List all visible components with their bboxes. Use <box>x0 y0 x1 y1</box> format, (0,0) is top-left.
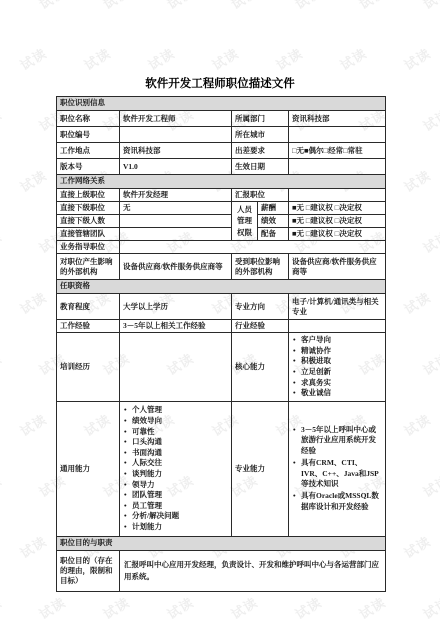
core-competency-cell: 客户导向精诚协作积极进取立足创新求真务实敬业诚信 <box>289 333 386 402</box>
section-row-purpose: 职位目的与职责 <box>57 537 386 551</box>
field-value <box>120 127 232 143</box>
core-competency-list: 客户导向精诚协作积极进取立足创新求真务实敬业诚信 <box>292 335 382 399</box>
bullet-item: 精诚协作 <box>292 346 382 357</box>
authority-sub-label: 配备 <box>258 228 289 241</box>
watermark-text: 试读 <box>0 0 5 13</box>
watermark-text: 试读 <box>99 0 133 13</box>
row-direct-superior: 直接上级职位 软件开发经理 汇报职位 <box>57 189 386 202</box>
bullet-item: 敬业诚信 <box>292 388 382 399</box>
watermark-text: 试读 <box>80 43 114 74</box>
watermark-text: 试读 <box>16 409 50 440</box>
bullet-item: 客户导向 <box>292 335 382 346</box>
watermark-text: 试读 <box>0 348 5 379</box>
watermark-text: 试读 <box>0 226 5 257</box>
field-value <box>120 241 386 254</box>
bullet-item: 求真务实 <box>292 378 382 389</box>
watermark-text: 试读 <box>0 104 5 135</box>
field-value: V1.0 <box>120 159 232 175</box>
watermark-text: 试读 <box>400 531 434 562</box>
field-value: 软件开发工程师 <box>120 111 232 127</box>
field-value: 资讯科技部 <box>120 143 232 159</box>
bullet-item: 员工管理 <box>123 501 228 512</box>
watermark-text: 试读 <box>208 43 242 74</box>
field-label: 工作地点 <box>57 143 120 159</box>
row-managed-team: 直接管辖团队 配备 ■无 □建议权 □决定权 <box>57 228 386 241</box>
bullet-item: 可靠性 <box>123 427 228 438</box>
row-business-guidance: 业务指导职位 <box>57 241 386 254</box>
section-row-network: 工作网络关系 <box>57 175 386 189</box>
document-title: 软件开发工程师职位描述文件 <box>0 75 440 91</box>
watermark-text: 试读 <box>16 531 50 562</box>
field-label: 工作经验 <box>57 320 120 333</box>
field-label: 直接下级职位 <box>57 202 120 215</box>
bullet-item: 人际交往 <box>123 458 228 469</box>
watermark-text: 试读 <box>99 592 133 620</box>
watermark-text: 试读 <box>291 0 325 13</box>
row-position-number: 职位编号 所在城市 <box>57 127 386 143</box>
field-value <box>289 127 386 143</box>
authority-sub-label: 绩效 <box>258 215 289 228</box>
field-value: 3－5年以上相关工作经验 <box>120 320 232 333</box>
bullet-item: 具有CRM、CTI、IVR、C++、Java和JSP等技术知识 <box>292 458 382 489</box>
bullet-item: 口头沟通 <box>123 437 228 448</box>
bullet-item: 绩效导向 <box>123 416 228 427</box>
bullet-item: 个人管理 <box>123 405 228 416</box>
watermark-text: 试读 <box>355 0 389 13</box>
personnel-authority-label: 人员管理权限 <box>232 202 258 241</box>
watermark-text: 试读 <box>419 226 440 257</box>
field-value <box>289 320 386 333</box>
row-training-core: 培训经历 核心能力 客户导向精诚协作积极进取立足创新求真务实敬业诚信 <box>57 333 386 402</box>
watermark-text: 试读 <box>336 43 370 74</box>
row-work-experience: 工作经验 3－5年以上相关工作经验 行业经验 <box>57 320 386 333</box>
watermark-text: 试读 <box>355 592 389 620</box>
field-label: 版本号 <box>57 159 120 175</box>
field-label: 核心能力 <box>232 333 289 402</box>
field-label: 专业能力 <box>232 402 289 537</box>
purpose-content: 汇报呼叫中心应用开发经理，负责设计、开发和维护呼叫中心与各运营部门应用系统。 <box>120 551 386 592</box>
bullet-item: 立足创新 <box>292 367 382 378</box>
bullet-item: 团队管理 <box>123 490 228 501</box>
section-header-qualification: 任职资格 <box>57 280 386 294</box>
watermark-text: 试读 <box>163 0 197 13</box>
bullet-item: 3－5年以上呼叫中心或旅游行业应用系统开发经验 <box>292 425 382 456</box>
field-value: 大学以上学历 <box>120 294 232 320</box>
row-version: 版本号 V1.0 生效日期 <box>57 159 386 175</box>
field-label: 培训经历 <box>57 333 120 402</box>
section-header-network: 工作网络关系 <box>57 175 386 189</box>
field-label: 通用能力 <box>57 402 120 537</box>
authority-checkboxes: ■无 □建议权 □决定权 <box>289 215 386 228</box>
field-label: 出差要求 <box>232 143 289 159</box>
field-value <box>289 159 386 175</box>
bullet-item: 书面沟通 <box>123 448 228 459</box>
field-value: 软件开发经理 <box>120 189 232 202</box>
authority-sub-label: 薪酬 <box>258 202 289 215</box>
row-subordinate-count: 直接下级人数 绩效 ■无 □建议权 □决定权 <box>57 215 386 228</box>
watermark-text: 试读 <box>419 0 440 13</box>
field-value <box>120 333 232 402</box>
row-position-purpose: 职位目的（存在的理由，限制和目标） 汇报呼叫中心应用开发经理，负责设计、开发和维… <box>57 551 386 592</box>
field-value <box>289 189 386 202</box>
document-page: 试读试读试读试读试读试读试读试读试读试读试读试读试读试读试读试读试读试读试读试读… <box>0 0 440 620</box>
field-label: 职位名称 <box>57 111 120 127</box>
watermark-text: 试读 <box>419 348 440 379</box>
field-label: 专业方向 <box>232 294 289 320</box>
field-label: 业务指导职位 <box>57 241 120 254</box>
watermark-text: 试读 <box>291 592 325 620</box>
professional-ability-cell: 3－5年以上呼叫中心或旅游行业应用系统开发经验具有CRM、CTI、IVR、C++… <box>289 402 386 537</box>
field-value: 设备供应商/软件服务供应商等 <box>120 254 232 280</box>
watermark-text: 试读 <box>272 43 306 74</box>
section-header-identification: 职位识别信息 <box>57 97 386 111</box>
row-direct-subordinate: 直接下级职位 无 人员管理权限 薪酬 ■无 □建议权 □决定权 <box>57 202 386 215</box>
field-value: 电子/计算机/通讯类与相关专业 <box>289 294 386 320</box>
field-value: 设备供应商/软件服务供应商等 <box>289 254 386 280</box>
section-header-purpose: 职位目的与职责 <box>57 537 386 551</box>
watermark-text: 试读 <box>419 470 440 501</box>
field-label: 职位目的（存在的理由，限制和目标） <box>57 551 120 592</box>
watermark-text: 试读 <box>400 287 434 318</box>
job-description-table: 职位识别信息 职位名称 软件开发工程师 所属部门 资讯科技部 职位编号 所在城市… <box>56 96 386 592</box>
row-position-name: 职位名称 软件开发工程师 所属部门 资讯科技部 <box>57 111 386 127</box>
watermark-text: 试读 <box>144 43 178 74</box>
field-value <box>120 228 232 241</box>
bullet-item: 谈判能力 <box>123 469 228 480</box>
field-label: 职位编号 <box>57 127 120 143</box>
watermark-text: 试读 <box>35 0 69 13</box>
field-label: 直接上级职位 <box>57 189 120 202</box>
bullet-item: 分析/解决问题 <box>123 511 228 522</box>
watermark-text: 试读 <box>400 165 434 196</box>
general-ability-list: 个人管理绩效导向可靠性口头沟通书面沟通人际交往谈判能力领导力团队管理员工管理分析… <box>123 405 228 532</box>
watermark-text: 试读 <box>35 592 69 620</box>
field-label: 行业经验 <box>232 320 289 333</box>
bullet-item: 计划能力 <box>123 522 228 533</box>
section-row-qualification: 任职资格 <box>57 280 386 294</box>
field-label: 所在城市 <box>232 127 289 143</box>
field-value <box>120 215 232 228</box>
bullet-item: 领导力 <box>123 480 228 491</box>
authority-checkboxes: ■无 □建议权 □决定权 <box>289 228 386 241</box>
authority-checkboxes: ■无 □建议权 □决定权 <box>289 202 386 215</box>
watermark-text: 试读 <box>227 0 261 13</box>
watermark-text: 试读 <box>227 592 261 620</box>
field-label: 教育程度 <box>57 294 120 320</box>
professional-ability-list: 3－5年以上呼叫中心或旅游行业应用系统开发经验具有CRM、CTI、IVR、C++… <box>292 425 382 512</box>
watermark-text: 试读 <box>0 470 5 501</box>
watermark-text: 试读 <box>16 43 50 74</box>
watermark-text: 试读 <box>16 287 50 318</box>
row-external-organizations: 对职位产生影响的外部机构 设备供应商/软件服务供应商等 受到职位影响的外部机构 … <box>57 254 386 280</box>
watermark-text: 试读 <box>0 592 5 620</box>
field-label: 直接管辖团队 <box>57 228 120 241</box>
field-label: 汇报职位 <box>232 189 289 202</box>
watermark-text: 试读 <box>400 43 434 74</box>
watermark-text: 试读 <box>16 165 50 196</box>
field-value: 资讯科技部 <box>289 111 386 127</box>
watermark-text: 试读 <box>419 104 440 135</box>
field-label: 对职位产生影响的外部机构 <box>57 254 120 280</box>
row-education: 教育程度 大学以上学历 专业方向 电子/计算机/通讯类与相关专业 <box>57 294 386 320</box>
watermark-text: 试读 <box>400 409 434 440</box>
field-label: 受到职位影响的外部机构 <box>232 254 289 280</box>
travel-requirement-checkboxes: □无■偶尔□经常□常驻 <box>289 143 386 159</box>
row-abilities: 通用能力 个人管理绩效导向可靠性口头沟通书面沟通人际交往谈判能力领导力团队管理员… <box>57 402 386 537</box>
section-row-identification: 职位识别信息 <box>57 97 386 111</box>
bullet-item: 积极进取 <box>292 356 382 367</box>
field-label: 生效日期 <box>232 159 289 175</box>
general-ability-cell: 个人管理绩效导向可靠性口头沟通书面沟通人际交往谈判能力领导力团队管理员工管理分析… <box>120 402 232 537</box>
field-label: 直接下级人数 <box>57 215 120 228</box>
field-value: 无 <box>120 202 232 215</box>
bullet-item: 具有Oracle或MSSQL数据库设计和开发经验 <box>292 491 382 512</box>
row-work-location: 工作地点 资讯科技部 出差要求 □无■偶尔□经常□常驻 <box>57 143 386 159</box>
field-label: 所属部门 <box>232 111 289 127</box>
watermark-text: 试读 <box>419 592 440 620</box>
watermark-text: 试读 <box>163 592 197 620</box>
